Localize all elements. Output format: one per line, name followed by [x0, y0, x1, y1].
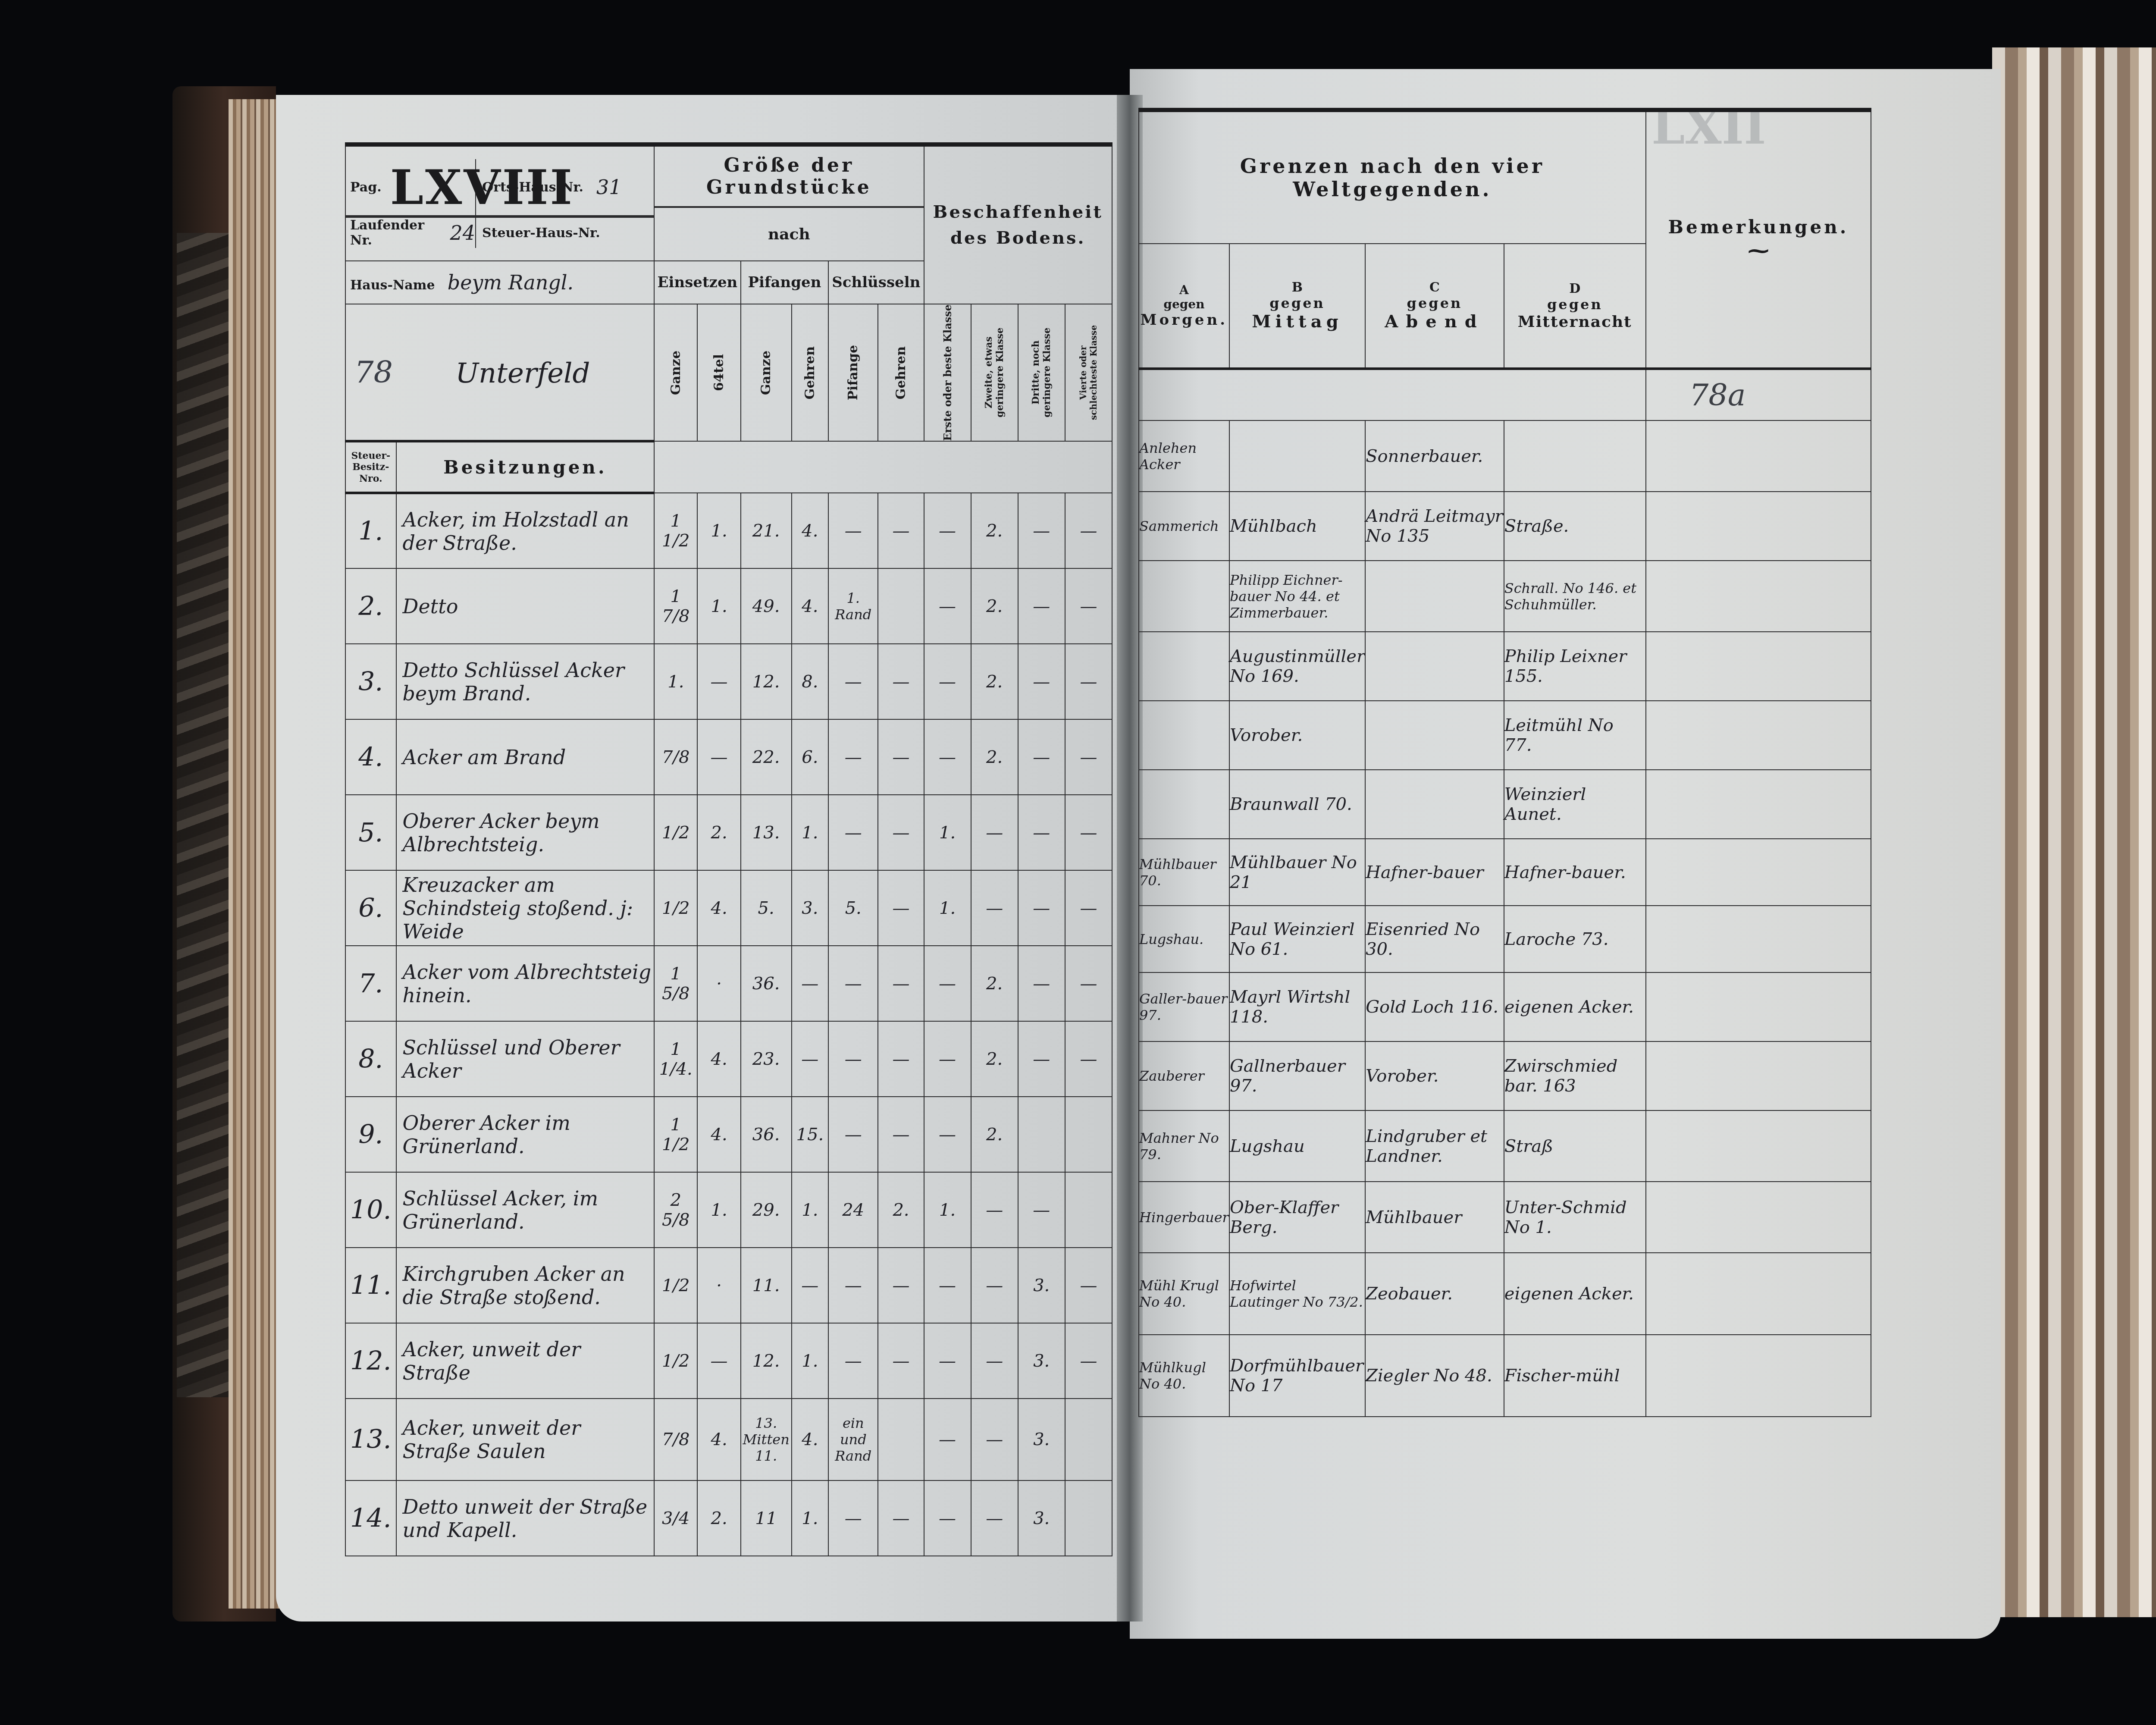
section-number: 78 — [354, 354, 393, 390]
table-row: 12. Acker, unweit der Straße 1/2 — 12. 1… — [345, 1323, 1112, 1399]
table-row: 6. Kreuzacker am Schindsteig stoßend. j:… — [345, 870, 1112, 946]
section-name: Unterfeld — [455, 358, 590, 389]
col-einsetzen-64tel: 64tel — [697, 304, 740, 441]
grenzen-title: Grenzen nach den vier Weltgegenden. — [1139, 154, 1645, 201]
col-b-mittag: B gegen Mittag — [1229, 244, 1365, 369]
bemerkungen-header: Bemerkungen. ⁓ — [1646, 110, 1871, 369]
einsetzen-header: Einsetzen — [654, 261, 741, 304]
boundary-row: Galler-bauer 97.Mayrl Wirtshl 118.Gold L… — [1139, 972, 1871, 1041]
section-ref: 78a — [1689, 377, 1746, 413]
col-pifangen-ganze: Ganze — [741, 304, 792, 441]
col-schluesseln-pifange: Pifange — [828, 304, 878, 441]
laufender-nr-label: Laufender Nr. — [350, 218, 441, 248]
boundary-row: Lugshau.Paul Weinzierl No 61.Eisenried N… — [1139, 906, 1871, 972]
table-row: 8. Schlüssel und Oberer Acker 1 1/4. 4. … — [345, 1021, 1112, 1097]
haus-name-label: Haus-Name — [350, 278, 435, 293]
beschaffenheit-title: Beschaffenheit des Bodens. — [924, 195, 1112, 255]
orts-haus-nr-cell: Orts-Haus-Nr. 31 — [476, 159, 654, 218]
laufender-nr-cell: Laufender Nr. 24 — [346, 218, 475, 248]
pifangen-header: Pifangen — [741, 261, 828, 304]
marbled-cover-pattern — [177, 233, 229, 1397]
col-klasse-1: Erste oder beste Klasse — [924, 304, 971, 441]
section-ref-cell: 78a — [1646, 369, 1871, 420]
boundary-row: SammerichMühlbachAndrä Leitmayr No 135St… — [1139, 492, 1871, 561]
table-row: 13. Acker, unweit der Straße Saulen 7/8 … — [345, 1399, 1112, 1480]
boundary-row: Mühlkugl No 40.Dorfmühlbauer No 17Ziegle… — [1139, 1335, 1871, 1417]
boundary-row: Mühl Krugl No 40.Hofwirtel Lautinger No … — [1139, 1253, 1871, 1335]
col-klasse-2: Zweite, etwas geringere Klasse — [971, 304, 1018, 441]
besitzungen-header: Besitzungen. — [396, 441, 655, 493]
steuer-haus-nr-cell: Steuer-Haus-Nr. — [476, 218, 654, 248]
col-a-morgen: A gegen Morgen. — [1139, 244, 1229, 369]
orts-haus-nr-value: 31 — [596, 176, 622, 199]
boundary-row: HingerbauerOber-Klaffer Berg.MühlbauerUn… — [1139, 1182, 1871, 1253]
table-row: 4. Acker am Brand 7/8 — 22. 6. — — — 2. … — [345, 719, 1112, 795]
col-einsetzen-ganze: Ganze — [654, 304, 697, 441]
pag-label: Pag. — [350, 180, 382, 195]
beschaffenheit-header: Beschaffenheit des Bodens. — [924, 144, 1112, 304]
bemerkungen-title: Bemerkungen. — [1646, 216, 1871, 238]
schluesseln-header: Schlüsseln — [828, 261, 924, 304]
boundary-row: Anlehen AckerSonnerbauer. — [1139, 420, 1871, 492]
table-row: 5. Oberer Acker beym Albrechtsteig. 1/2 … — [345, 795, 1112, 870]
steuer-haus-nr-label: Steuer-Haus-Nr. — [482, 226, 600, 241]
boundary-row: Vorober.Leitmühl No 77. — [1139, 701, 1871, 770]
ornament-icon: ⁓ — [1646, 238, 1871, 263]
boundary-row: Mahner No 79.LugshauLindgruber et Landne… — [1139, 1110, 1871, 1182]
grenzen-title-cell: Grenzen nach den vier Weltgegenden. — [1139, 110, 1646, 244]
table-row: 2. Detto 1 7/8 1. 49. 4. 1. Rand — 2. — … — [345, 568, 1112, 644]
orts-haus-nr-label: Orts-Haus-Nr. — [482, 180, 583, 195]
col-klasse-4: Vierte oder schlechteste Klasse — [1065, 304, 1112, 441]
steuer-besitz-nro-header: Steuer-Besitz-Nro. — [345, 441, 396, 493]
pag-cell: Pag. LXVIII — [346, 159, 475, 218]
col-pifangen-gehren: Gehren — [792, 304, 829, 441]
haus-name-cell: Haus-Name beym Rangl. — [345, 261, 654, 304]
boundary-row: Mühlbauer 70.Mühlbauer No 21Hafner-bauer… — [1139, 839, 1871, 906]
boundary-row: ZaubererGallnerbauer 97.Vorober.Zwirschm… — [1139, 1041, 1871, 1110]
table-row: 10. Schlüssel Acker, im Grünerland. 2 5/… — [345, 1172, 1112, 1248]
table-row: 3. Detto Schlüssel Acker beym Brand. 1. … — [345, 644, 1112, 719]
haus-name-value: beym Rangl. — [448, 271, 573, 294]
right-page-stack — [1992, 47, 2156, 1617]
section-cell: 78 Unterfeld — [345, 304, 654, 441]
boundary-row: Philipp Eichner-bauer No 44. et Zimmerba… — [1139, 561, 1871, 632]
col-c-abend: C gegen Abend — [1365, 244, 1504, 369]
left-page-edges — [229, 99, 280, 1609]
col-klasse-3: Dritte, noch geringere Klasse — [1018, 304, 1065, 441]
table-row: 14. Detto unweit der Straße und Kapell. … — [345, 1480, 1112, 1556]
col-schluesseln-gehren: Gehren — [878, 304, 924, 441]
open-ledger-book: Pag. LXVIII Laufender Nr. 24 Orts-Haus-N… — [0, 0, 2156, 1725]
groesse-title: Größe der Grundstücke — [655, 147, 923, 208]
left-register-table: Pag. LXVIII Laufender Nr. 24 Orts-Haus-N… — [345, 142, 1112, 1556]
col-d-mitternacht: D gegen Mitternacht — [1504, 244, 1646, 369]
table-row: 9. Oberer Acker im Grünerland. 1 1/2 4. … — [345, 1097, 1112, 1172]
laufender-nr-value: 24 — [450, 221, 475, 245]
boundary-row: Braunwall 70.Weinzierl Aunet. — [1139, 770, 1871, 839]
right-boundaries-table: Grenzen nach den vier Weltgegenden. Beme… — [1138, 108, 1871, 1417]
groesse-header: Größe der Grundstücke nach — [654, 144, 924, 261]
table-row: 7. Acker vom Albrechtsteig hinein. 1 5/8… — [345, 946, 1112, 1021]
table-row: 11. Kirchgruben Acker an die Straße stoß… — [345, 1248, 1112, 1323]
groesse-nach: nach — [655, 208, 923, 260]
table-row: 1. Acker, im Holzstadl an der Straße. 1 … — [345, 493, 1112, 568]
boundary-row: Augustinmüller No 169.Philip Leixner 155… — [1139, 632, 1871, 701]
